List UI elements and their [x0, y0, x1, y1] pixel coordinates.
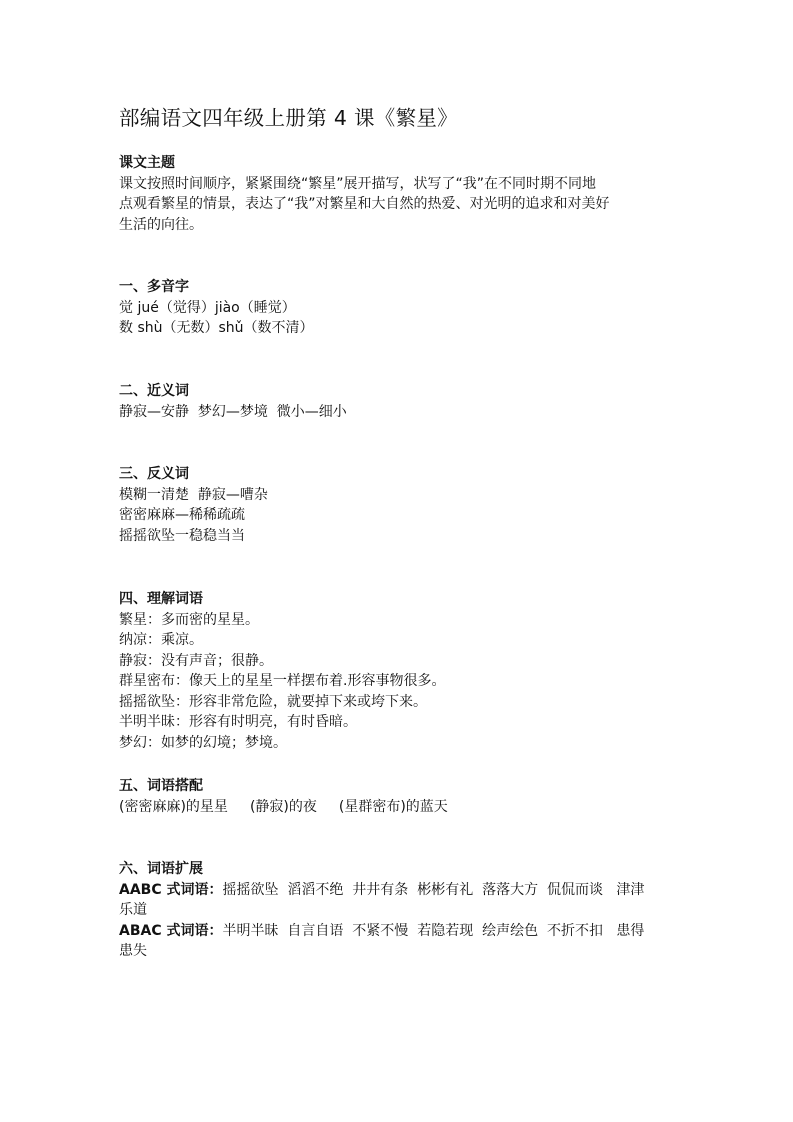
synonym-entry: 静寂—安静 梦幻—梦境 微小—细小 [119, 402, 679, 423]
abac-words: 半明半昧 自言自语 不紧不慢 若隐若现 绘声绘色 不折不扣 患得 [223, 923, 645, 939]
theme-heading: 课文主题 [119, 153, 679, 174]
polyphones-heading: 一、多音字 [119, 277, 679, 298]
vocabulary-entry: 静寂：没有声音；很静。 [119, 651, 679, 672]
abac-words-line: ABAC 式词语：半明半昧 自言自语 不紧不慢 若隐若现 绘声绘色 不折不扣 患… [119, 921, 679, 942]
vocabulary-entry: 摇摇欲坠：形容非常危险，就要掉下来或垮下来。 [119, 692, 679, 713]
collocations-line: (密密麻麻)的星星(静寂)的夜(星群密布)的蓝天 [119, 797, 679, 818]
vocabulary-heading: 四、理解词语 [119, 589, 679, 610]
polyphones-section: 一、多音字 觉 jué（觉得）jiào（睡觉） 数 shù（无数）shǔ（数不清… [119, 277, 679, 339]
document-title: 部编语文四年级上册第 4 课《繁星》 [119, 104, 458, 132]
synonyms-section: 二、近义词 静寂—安静 梦幻—梦境 微小—细小 [119, 381, 679, 422]
expansion-section: 六、词语扩展 AABC 式词语：摇摇欲坠 滔滔不绝 井井有条 彬彬有礼 落落大方… [119, 859, 679, 962]
collocation-item: (密密麻麻)的星星 [119, 799, 228, 815]
aabc-words: 摇摇欲坠 滔滔不绝 井井有条 彬彬有礼 落落大方 侃侃而谈 津津 [223, 882, 645, 898]
collocations-heading: 五、词语搭配 [119, 776, 679, 797]
collocation-item: (星群密布)的蓝天 [339, 799, 448, 815]
antonym-entry: 模糊一清楚 静寂—嘈杂 [119, 485, 679, 506]
theme-text-line: 生活的向往。 [119, 215, 679, 236]
abac-label: ABAC 式词语： [119, 923, 223, 939]
collocation-item: (静寂)的夜 [250, 799, 317, 815]
antonyms-heading: 三、反义词 [119, 464, 679, 485]
vocabulary-entry: 纳凉：乘凉。 [119, 630, 679, 651]
theme-text-line: 点观看繁星的情景，表达了“我”对繁星和大自然的热爱、对光明的追求和对美好 [119, 194, 679, 215]
synonyms-heading: 二、近义词 [119, 381, 679, 402]
antonym-entry: 摇摇欲坠一稳稳当当 [119, 526, 679, 547]
antonyms-section: 三、反义词 模糊一清楚 静寂—嘈杂 密密麻麻—稀稀疏疏 摇摇欲坠一稳稳当当 [119, 464, 679, 546]
vocabulary-entry: 群星密布：像天上的星星一样摆布着.形容事物很多。 [119, 671, 679, 692]
vocabulary-entry: 梦幻：如梦的幻境；梦境。 [119, 733, 679, 754]
vocabulary-entry: 半明半昧：形容有时明亮，有时昏暗。 [119, 712, 679, 733]
expansion-heading: 六、词语扩展 [119, 859, 679, 880]
aabc-label: AABC 式词语： [119, 882, 223, 898]
polyphone-entry: 数 shù（无数）shǔ（数不清） [119, 318, 679, 339]
vocabulary-entry: 繁星：多而密的星星。 [119, 610, 679, 631]
polyphone-entry: 觉 jué（觉得）jiào（睡觉） [119, 298, 679, 319]
vocabulary-section: 四、理解词语 繁星：多而密的星星。 纳凉：乘凉。 静寂：没有声音；很静。 群星密… [119, 589, 679, 753]
theme-section: 课文主题 课文按照时间顺序，紧紧围绕“繁星”展开描写，状写了“我”在不同时期不同… [119, 153, 679, 235]
antonym-entry: 密密麻麻—稀稀疏疏 [119, 505, 679, 526]
aabc-words-line: AABC 式词语：摇摇欲坠 滔滔不绝 井井有条 彬彬有礼 落落大方 侃侃而谈 津… [119, 880, 679, 901]
theme-text-line: 课文按照时间顺序，紧紧围绕“繁星”展开描写，状写了“我”在不同时期不同地 [119, 174, 679, 195]
collocations-section: 五、词语搭配 (密密麻麻)的星星(静寂)的夜(星群密布)的蓝天 [119, 776, 679, 817]
abac-words-continuation: 患失 [119, 941, 679, 962]
aabc-words-continuation: 乐道 [119, 900, 679, 921]
